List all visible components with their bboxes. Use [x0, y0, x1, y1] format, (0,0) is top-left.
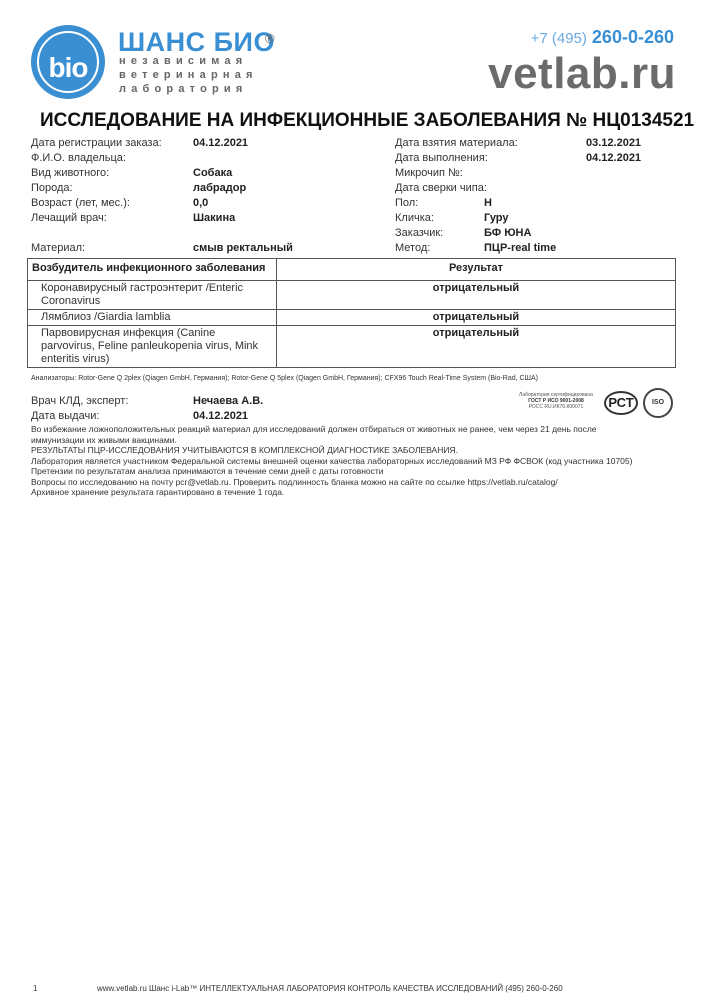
field-label-sample-date: Дата взятия материала: — [395, 137, 518, 149]
result-cell: отрицательный — [277, 310, 676, 326]
website-link[interactable]: vetlab.ru — [488, 49, 676, 99]
phone-prefix: +7 (495) — [531, 30, 587, 47]
expert-label: Врач КЛД, эксперт: — [31, 395, 128, 407]
field-value-species: Собака — [193, 167, 232, 179]
field-value-customer: БФ ЮНА — [484, 227, 531, 239]
phone-contact: +7 (495) 260-0-260 — [531, 27, 674, 48]
table-row: Лямблиоз /Giardia lamblia отрицательный — [28, 310, 676, 326]
note-line: Вопросы по исследованию на почту pcr@vet… — [31, 477, 691, 488]
field-label-age: Возраст (лет, мес.): — [31, 197, 130, 209]
pathogen-cell: Коронавирусный гастроэнтерит /Enteric Co… — [28, 281, 277, 310]
disclaimer-notes: Во избежание ложноположительных реакций … — [31, 424, 691, 498]
note-line: Лаборатория является участником Федераль… — [31, 456, 691, 467]
analyzers-note: Анализаторы: Rotor-Gene Q 2plex (Qiagen … — [31, 375, 538, 382]
table-row: Коронавирусный гастроэнтерит /Enteric Co… — [28, 281, 676, 310]
field-value-sample-date: 03.12.2021 — [586, 137, 641, 149]
table-header-row: Возбудитель инфекционного заболевания Ре… — [28, 259, 676, 281]
field-label-owner-name: Ф.И.О. владельца: — [31, 152, 126, 164]
result-cell: отрицательный — [277, 326, 676, 368]
page-number: 1 — [33, 984, 37, 993]
field-value-doctor: Шакина — [193, 212, 235, 224]
field-value-pet-name: Гуру — [484, 212, 508, 224]
field-label-microchip: Микрочип №: — [395, 167, 463, 179]
field-value-completion-date: 04.12.2021 — [586, 152, 641, 164]
brand-subtitle-1: независимая — [119, 54, 247, 68]
table-row: Парвовирусная инфекция (Canine parvoviru… — [28, 326, 676, 368]
results-table: Возбудитель инфекционного заболевания Ре… — [27, 258, 676, 368]
certification-text: Лаборатория сертифицирована ГОСТ Р ИСО 9… — [516, 392, 596, 410]
header-result: Результат — [277, 259, 676, 281]
brand-subtitle-3: лаборатория — [119, 82, 248, 96]
footer-text: www.vetlab.ru Шанс i-Lab™ ИНТЕЛЛЕКТУАЛЬН… — [97, 984, 563, 993]
field-label-completion-date: Дата выполнения: — [395, 152, 488, 164]
header-pathogen: Возбудитель инфекционного заболевания — [28, 259, 277, 281]
field-label-method: Метод: — [395, 242, 430, 254]
field-value-method: ПЦР-real time — [484, 242, 556, 254]
note-line: РЕЗУЛЬТАТЫ ПЦР-ИССЛЕДОВАНИЯ УЧИТЫВАЮТСЯ … — [31, 445, 691, 456]
field-label-registration-date: Дата регистрации заказа: — [31, 137, 162, 149]
field-value-age: 0,0 — [193, 197, 208, 209]
iso-certification-icon: ISO — [643, 388, 673, 418]
field-label-chip-check-date: Дата сверки чипа: — [395, 182, 487, 194]
field-label-material: Материал: — [31, 242, 85, 254]
issue-date-label: Дата выдачи: — [31, 410, 99, 422]
logo-text: bio — [31, 54, 105, 82]
note-line: иммунизации их живыми вакцинами. — [31, 435, 691, 446]
document-title: ИССЛЕДОВАНИЕ НА ИНФЕКЦИОННЫЕ ЗАБОЛЕВАНИЯ… — [40, 110, 694, 132]
issue-date-value: 04.12.2021 — [193, 410, 248, 422]
note-line: Претензии по результатам анализа принима… — [31, 466, 691, 477]
note-line: Архивное хранение результата гарантирова… — [31, 487, 691, 498]
field-label-species: Вид животного: — [31, 167, 109, 179]
field-label-breed: Порода: — [31, 182, 73, 194]
result-cell: отрицательный — [277, 281, 676, 310]
field-label-doctor: Лечащий врач: — [31, 212, 107, 224]
expert-value: Нечаева А.В. — [193, 395, 263, 407]
rst-certification-icon: РСТ — [604, 391, 638, 415]
brand-subtitle-2: ветеринарная — [119, 68, 258, 82]
cert-line-3: РОСС RU.ИК76.К00071 — [516, 404, 596, 410]
field-value-material: смыв ректальный — [193, 242, 293, 254]
field-value-registration-date: 04.12.2021 — [193, 137, 248, 149]
field-label-sex: Пол: — [395, 197, 418, 209]
pathogen-cell: Лямблиоз /Giardia lamblia — [28, 310, 277, 326]
field-value-breed: лабрадор — [193, 182, 246, 194]
field-label-customer: Заказчик: — [395, 227, 443, 239]
registered-mark: ® — [265, 31, 275, 46]
note-line: Во избежание ложноположительных реакций … — [31, 424, 691, 435]
field-value-sex: Н — [484, 197, 492, 209]
phone-number: 260-0-260 — [592, 27, 674, 47]
field-label-pet-name: Кличка: — [395, 212, 434, 224]
bio-logo-icon: bio — [31, 25, 105, 99]
pathogen-cell: Парвовирусная инфекция (Canine parvoviru… — [28, 326, 277, 368]
